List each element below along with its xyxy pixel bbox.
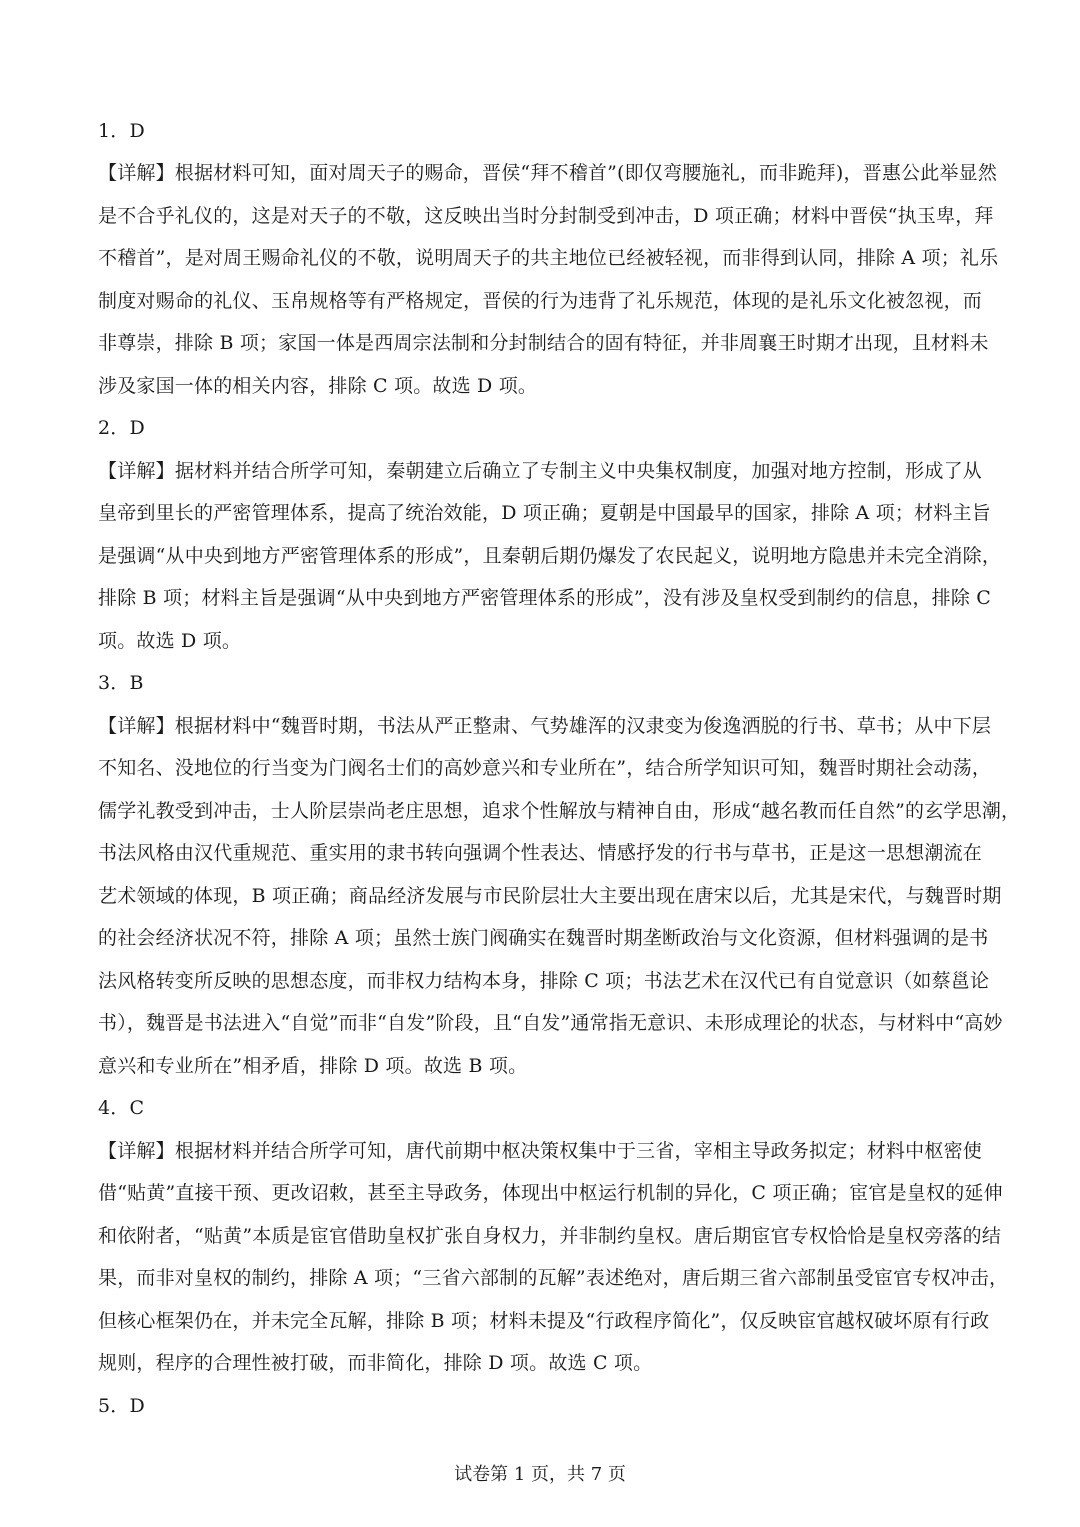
explanation-line: 皇帝到里长的严密管理体系，提高了统治效能，D 项正确；夏朝是中国最早的国家，排除… [98, 500, 982, 526]
explanation-line: 制度对赐命的礼仪、玉帛规格等有严格规定，晋侯的行为违背了礼乐规范，体现的是礼乐文… [98, 288, 982, 314]
explanation-line: 艺术领域的体现，B 项正确；商品经济发展与市民阶层壮大主要出现在唐宋以后，尤其是… [98, 883, 982, 909]
explanation-line: 法风格转变所反映的思想态度，而非权力结构本身，排除 C 项；书法艺术在汉代已有自… [98, 968, 982, 994]
answer-number: 1．D [98, 118, 982, 144]
explanation-line: 非尊崇，排除 B 项；家国一体是西周宗法制和分封制结合的固有特征，并非周襄王时期… [98, 330, 982, 356]
explanation-line: 书），魏晋是书法进入“自觉”而非“自发”阶段，且“自发”通常指无意识、未形成理论… [98, 1010, 982, 1036]
explanation-line: 是不合乎礼仪的，这是对天子的不敬，这反映出当时分封制受到冲击，D 项正确；材料中… [98, 203, 982, 229]
explanation-line: 书法风格由汉代重规范、重实用的隶书转向强调个性表达、情感抒发的行书与草书，正是这… [98, 840, 982, 866]
explanation-line: 借“贴黄”直接干预、更改诏敕，甚至主导政务，体现出中枢运行机制的异化，C 项正确… [98, 1180, 982, 1206]
explanation-line: 和依附者，“贴黄”本质是宦官借助皇权扩张自身权力，并非制约皇权。唐后期宦官专权恰… [98, 1223, 982, 1249]
page-footer: 试卷第 1 页，共 7 页 [0, 1462, 1080, 1488]
explanation-line: 涉及家国一体的相关内容，排除 C 项。故选 D 项。 [98, 373, 982, 399]
explanation-line: 意兴和专业所在”相矛盾，排除 D 项。故选 B 项。 [98, 1053, 982, 1079]
explanation-line: 的社会经济状况不符，排除 A 项；虽然士族门阀确实在魏晋时期垄断政治与文化资源，… [98, 925, 982, 951]
document-page: 1．D 【详解】根据材料可知，面对周天子的赐命，晋侯“拜不稽首”(即仅弯腰施礼，… [0, 0, 1080, 1527]
answer-number: 5．D [98, 1393, 982, 1419]
explanation-line: 但核心框架仍在，并未完全瓦解，排除 B 项；材料未提及“行政程序简化”，仅反映宦… [98, 1308, 982, 1334]
explanation-line: 【详解】根据材料中“魏晋时期，书法从严正整肃、气势雄浑的汉隶变为俊逸洒脱的行书、… [98, 713, 982, 739]
explanation-line: 【详解】根据材料可知，面对周天子的赐命，晋侯“拜不稽首”(即仅弯腰施礼，而非跪拜… [98, 160, 982, 186]
explanation-line: 果，而非对皇权的制约，排除 A 项；“三省六部制的瓦解”表述绝对，唐后期三省六部… [98, 1265, 982, 1291]
explanation-line: 儒学礼教受到冲击，士人阶层崇尚老庄思想，追求个性解放与精神自由，形成“越名教而任… [98, 798, 982, 824]
explanation-line: 规则，程序的合理性被打破，而非简化，排除 D 项。故选 C 项。 [98, 1350, 982, 1376]
explanation-line: 不知名、没地位的行当变为门阀名士们的高妙意兴和专业所在”，结合所学知识可知，魏晋… [98, 755, 982, 781]
explanation-line: 项。故选 D 项。 [98, 628, 982, 654]
answer-number: 2．D [98, 415, 982, 441]
explanation-line: 【详解】根据材料并结合所学可知，唐代前期中枢决策权集中于三省，宰相主导政务拟定；… [98, 1138, 982, 1164]
explanation-line: 不稽首”，是对周王赐命礼仪的不敬，说明周天子的共主地位已经被轻视，而非得到认同，… [98, 245, 982, 271]
answer-number: 4．C [98, 1095, 982, 1121]
answer-number: 3．B [98, 670, 982, 696]
explanation-line: 是强调“从中央到地方严密管理体系的形成”，且秦朝后期仍爆发了农民起义，说明地方隐… [98, 543, 982, 569]
explanation-line: 排除 B 项；材料主旨是强调“从中央到地方严密管理体系的形成”，没有涉及皇权受到… [98, 585, 982, 611]
explanation-line: 【详解】据材料并结合所学可知，秦朝建立后确立了专制主义中央集权制度，加强对地方控… [98, 458, 982, 484]
